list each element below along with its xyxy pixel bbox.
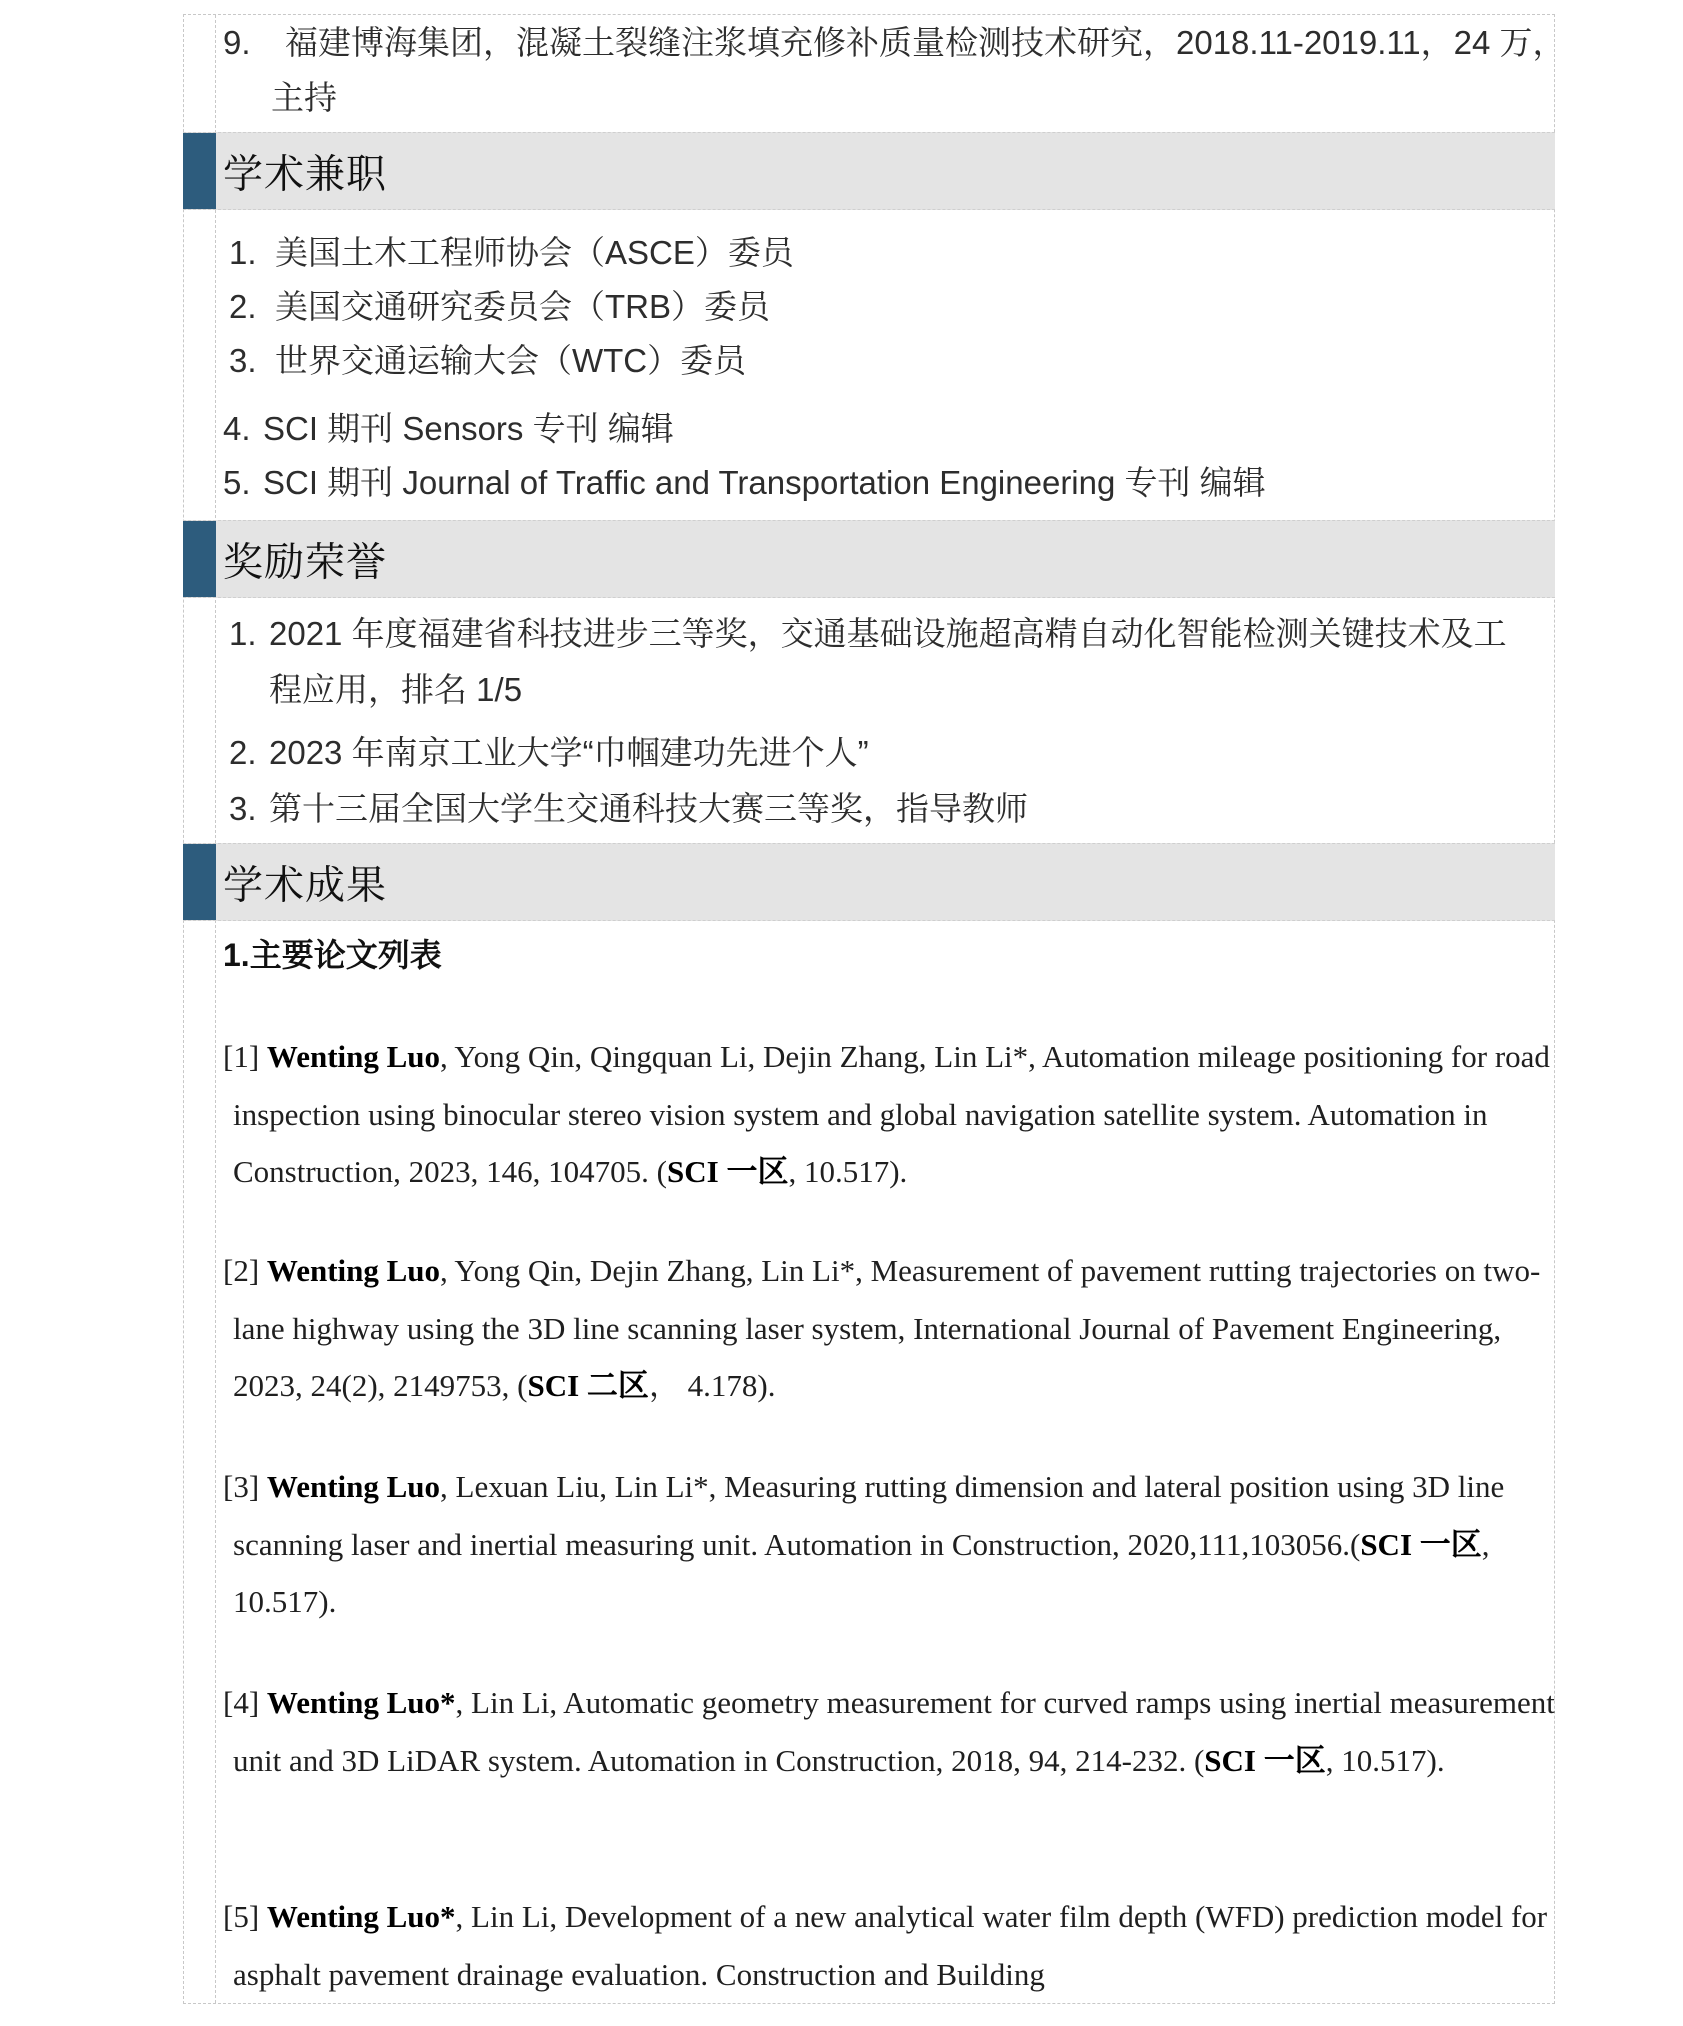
service-item-text: SCI 期刊 Journal of Traffic and Transporta… — [263, 461, 1266, 505]
service-item-number: 1. — [229, 231, 259, 275]
service-item-text: 世界交通运输大会（WTC）委员 — [275, 339, 746, 383]
service-item: 4. SCI 期刊 Sensors 专刊 编辑 — [223, 407, 674, 451]
grant-item-role: 主持 — [271, 76, 337, 120]
publication-impact-factor: , 10.517). — [1326, 1743, 1445, 1778]
publication-sci-rank: SCI 一区 — [1360, 1527, 1481, 1562]
service-item: 2. 美国交通研究委员会（TRB）委员 — [229, 285, 770, 329]
publication-4: [4] Wenting Luo*, Lin Li, Automatic geom… — [223, 1674, 1555, 1789]
publication-index: [4] — [223, 1685, 267, 1720]
service-item-number: 2. — [229, 285, 259, 329]
service-item-text: 美国土木工程师协会（ASCE）委员 — [275, 231, 794, 275]
award-item-text: 2023 年南京工业大学“巾帼建功先进个人” — [269, 734, 869, 771]
service-item-number: 4. — [223, 407, 253, 451]
publication-first-author: Wenting Luo — [267, 1469, 440, 1504]
publication-2: [2] Wenting Luo, Yong Qin, Dejin Zhang, … — [223, 1242, 1555, 1415]
service-item-text: 美国交通研究委员会（TRB）委员 — [275, 285, 770, 329]
section-bar-academic-service: 学术兼职 — [183, 132, 1555, 210]
section-title-achievements: 学术成果 — [223, 854, 387, 911]
award-item-text: 2021 年度福建省科技进步三等奖，交通基础设施超高精自动化智能检测关键技术及工… — [269, 615, 1507, 708]
publication-3: [3] Wenting Luo, Lexuan Liu, Lin Li*, Me… — [223, 1458, 1555, 1631]
grant-item-text: 福建博海集团，混凝土裂缝注浆填充修补质量检测技术研究，2018.11-2019.… — [285, 21, 1566, 65]
grant-item-number: 9. — [223, 21, 253, 65]
award-item: 2. 2023 年南京工业大学“巾帼建功先进个人” — [269, 725, 1527, 781]
publication-sci-rank: SCI 一区 — [1204, 1743, 1325, 1778]
service-item: 1. 美国土木工程师协会（ASCE）委员 — [229, 231, 794, 275]
award-item-number: 2. — [229, 725, 257, 781]
publication-list-heading: 1.主要论文列表 — [223, 933, 442, 977]
publication-5: [5] Wenting Luo*, Lin Li, Development of… — [223, 1888, 1555, 2003]
cv-document-page: 9. 福建博海集团，混凝土裂缝注浆填充修补质量检测技术研究，2018.11-20… — [0, 0, 1683, 2026]
service-item-number: 3. — [229, 339, 259, 383]
publication-index: [3] — [223, 1469, 267, 1504]
table-column-divider — [215, 15, 216, 2003]
service-item: 5. SCI 期刊 Journal of Traffic and Transpo… — [223, 461, 1266, 505]
content-sheet: 9. 福建博海集团，混凝土裂缝注浆填充修补质量检测技术研究，2018.11-20… — [183, 14, 1555, 2004]
service-item-text: SCI 期刊 Sensors 专刊 编辑 — [263, 407, 674, 451]
award-item-number: 1. — [229, 606, 257, 662]
award-item: 1. 2021 年度福建省科技进步三等奖，交通基础设施超高精自动化智能检测关键技… — [269, 606, 1527, 718]
publication-index: [2] — [223, 1253, 267, 1288]
section-title-awards: 奖励荣誉 — [223, 531, 387, 588]
publication-index: [5] — [223, 1899, 267, 1934]
section-bar-achievements: 学术成果 — [183, 843, 1555, 921]
publication-first-author: Wenting Luo — [267, 1253, 440, 1288]
section-accent-block — [183, 844, 216, 920]
section-bar-awards: 奖励荣誉 — [183, 520, 1555, 598]
service-item: 3. 世界交通运输大会（WTC）委员 — [229, 339, 746, 383]
publication-sci-rank: SCI 一区 — [667, 1154, 788, 1189]
publication-impact-factor: ， 4.178). — [649, 1368, 776, 1403]
section-accent-block — [183, 521, 216, 597]
section-title-academic-service: 学术兼职 — [223, 143, 387, 200]
publication-impact-factor: , 10.517). — [788, 1154, 907, 1189]
publication-first-author: Wenting Luo* — [267, 1899, 456, 1934]
award-item-number: 3. — [229, 781, 257, 837]
publication-index: [1] — [223, 1039, 267, 1074]
section-accent-block — [183, 133, 216, 209]
publication-first-author: Wenting Luo — [267, 1039, 440, 1074]
service-item-number: 5. — [223, 461, 253, 505]
grant-item-9: 9. 福建博海集团，混凝土裂缝注浆填充修补质量检测技术研究，2018.11-20… — [223, 21, 1566, 65]
award-item-text: 第十三届全国大学生交通科技大赛三等奖，指导教师 — [269, 790, 1028, 827]
publication-sci-rank: SCI 二区 — [527, 1368, 648, 1403]
publication-1: [1] Wenting Luo, Yong Qin, Qingquan Li, … — [223, 1028, 1555, 1201]
award-item: 3. 第十三届全国大学生交通科技大赛三等奖，指导教师 — [269, 781, 1527, 837]
publication-first-author: Wenting Luo* — [267, 1685, 456, 1720]
